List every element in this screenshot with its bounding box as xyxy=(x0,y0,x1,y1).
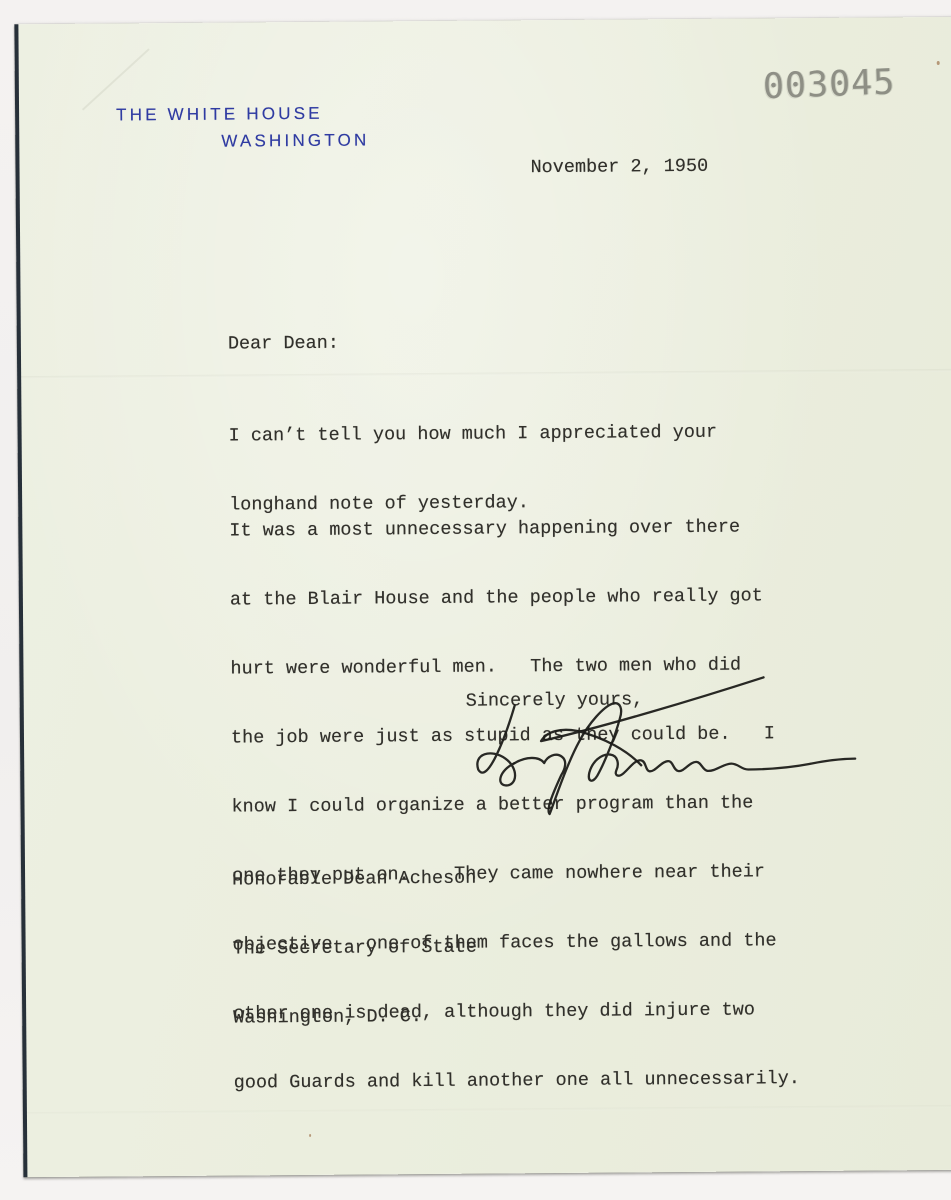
body-line: at the Blair House and the people who re… xyxy=(230,584,796,611)
archive-stamp: 003045 xyxy=(762,63,896,106)
recipient-line: The Secretary of State xyxy=(233,936,477,961)
body-line: the job were just as stupid as they coul… xyxy=(231,722,797,749)
salutation: Dear Dean: xyxy=(228,332,339,356)
letter-paper: THE WHITE HOUSE WASHINGTON 003045 Novemb… xyxy=(14,17,951,1177)
recipient-line: Washington, D. C. xyxy=(233,1005,477,1030)
paper-crease xyxy=(82,48,150,110)
letterhead-line-2: WASHINGTON xyxy=(221,130,369,151)
body-line: It was a most unnecessary happening over… xyxy=(229,515,795,542)
body-line: hurt were wonderful men. The two men who… xyxy=(230,653,796,680)
scanned-letter: THE WHITE HOUSE WASHINGTON 003045 Novemb… xyxy=(0,0,951,1200)
body-line: know I could organize a better program t… xyxy=(231,791,797,818)
recipient-line: Honorable Dean Acheson xyxy=(232,867,476,892)
recipient-block: Honorable Dean Acheson The Secretary of … xyxy=(232,821,478,1076)
body-line: I can’t tell you how much I appreciated … xyxy=(229,421,718,448)
date-line: November 2, 1950 xyxy=(530,155,708,179)
closing-line: Sincerely yours, xyxy=(466,688,644,712)
paper-speck xyxy=(937,61,940,65)
letterhead: THE WHITE HOUSE WASHINGTON xyxy=(18,17,951,24)
letterhead-line-1: THE WHITE HOUSE xyxy=(116,104,323,126)
